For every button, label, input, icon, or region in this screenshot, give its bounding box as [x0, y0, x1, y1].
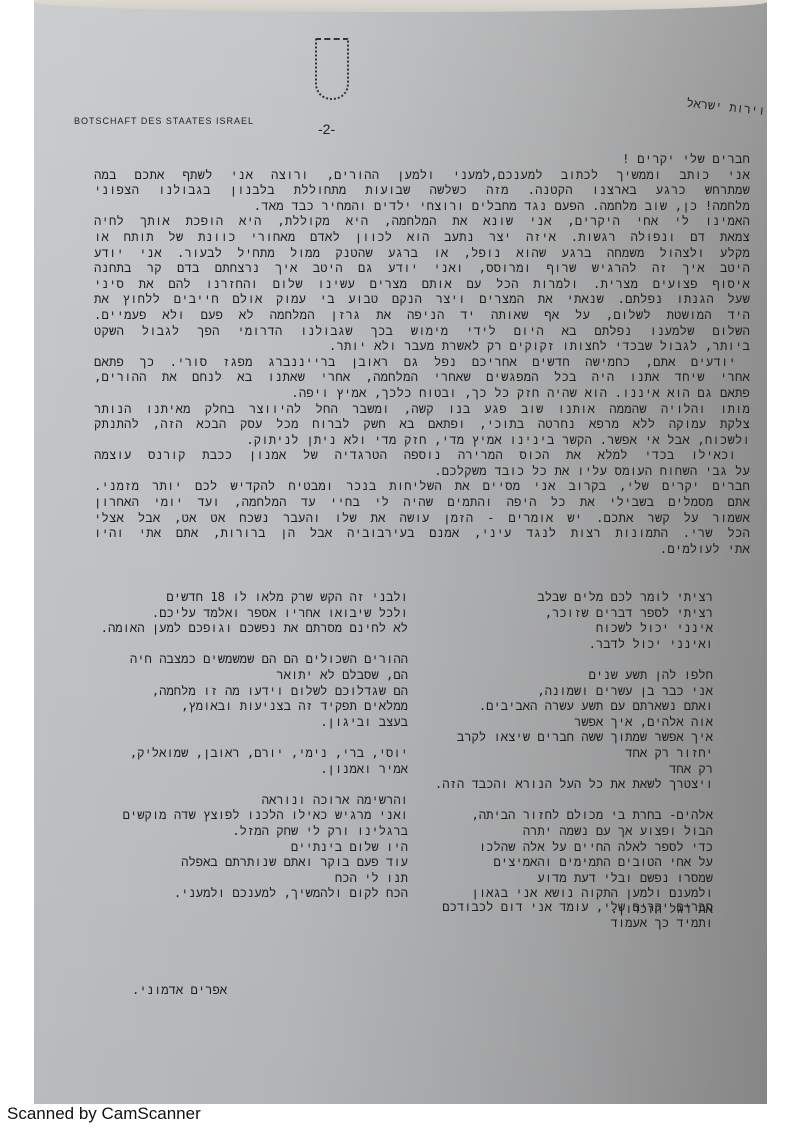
poem-line: לא לחינם מסרתם את נפשכם וגופכם למען האומ… — [90, 621, 408, 637]
poem-line: והרשימה ארוכה ונוראה — [90, 793, 408, 809]
body-paragraphs: אני כותב וממשיך לכתוב למענכם,למעני ולמען… — [94, 168, 750, 558]
letterhead-hebrew: וירות ישראל — [685, 96, 765, 119]
poem-line: ברגלינו ורק לי שחק המזל. — [90, 824, 408, 840]
poem-line: הבול ופצוע אך עם נשמה יתרה — [423, 824, 713, 840]
poem-line: ממלאים תפקיד זה בצניעות ובאומץ, — [90, 699, 408, 715]
poem-line: שמסרו נפשם ובלי דעת מדוע — [423, 871, 713, 887]
scanner-watermark: Scanned by CamScanner — [7, 1104, 201, 1124]
body-line: היד המושטת לשלום, על אף שאותה יד הניפה א… — [94, 308, 750, 324]
poem-line: חלפו להן תשע שנים — [423, 668, 713, 684]
closing-lines: חברים יקרים שלי, עומד אני דום לכבודכםותמ… — [442, 900, 713, 931]
poem-line: הם, שסבלם לא יתואר — [90, 668, 408, 684]
body-line: מקלע ולצהול משמחה ברגע שהוא נופל, או ברג… — [94, 246, 750, 262]
poem-line: אני כבר בן עשרים ושמונה, — [423, 684, 713, 700]
embassy-emblem-icon — [315, 38, 349, 100]
poem-line: ויצטרך לשאת את כל העל הנורא והכבד הזה. — [423, 777, 713, 793]
poem-line: היו שלום בינתיים — [90, 840, 408, 856]
poem-line: ואינני יכול לדבר. — [423, 637, 713, 653]
poem-line: אוה אלהים, איך אפשר — [423, 715, 713, 731]
body-line: יודעים אתם, כחמישה חדשים אחריכם נפל גם ר… — [94, 355, 750, 371]
body-line: צמאת דם ונפולה רגשות. איזה יצר נתעב הוא … — [94, 230, 750, 246]
poem-line: הם שגדלוכם לשלום וידעו מה זו מלחמה, — [90, 684, 408, 700]
poem-line: חברים יקרים שלי, עומד אני דום לכבודכם — [442, 900, 713, 916]
body-line: השלום שלמענו נפלתם בא היום לידי מימוש בכ… — [94, 324, 750, 340]
body-line: שמתרחש כרגע בארצנו הקטנה. מזה כשלשה שבוע… — [94, 183, 750, 199]
poem-line: עוד פעם בוקר ואתם שנותרתם באפלה — [90, 855, 408, 871]
poem-line: ותמיד כך אעמוד — [442, 916, 713, 932]
body-line: ולשכוח, אבל אי אפשר. הקשר בינינו אמיץ מד… — [94, 433, 750, 449]
stanza-gap — [90, 637, 408, 653]
poem-line: תנו לי הכח — [90, 871, 408, 887]
stanza-gap — [90, 730, 408, 746]
poem-line: הכח לקום ולהמשיך, למענכם ולמעני. — [90, 886, 408, 902]
body-line: מותו והלויה שהממה אותנו שוב פגע בנו קשה,… — [94, 402, 750, 418]
body-line: ביותר, לגבול שבכדי לחצותו זקוקים רק לאשר… — [94, 339, 750, 355]
body-line: על גבי השחוח העומס עליו את כל כובד משקלכ… — [94, 464, 750, 480]
body-line: אני כותב וממשיך לכתוב למענכם,למעני ולמען… — [94, 168, 750, 184]
poem-line: איך אפשר שמתוך ששה חברים שיצאו לקרב — [423, 730, 713, 746]
body-line: חברים יקרים שלי, בקרוב אני מסיים את השלי… — [94, 479, 750, 495]
poem-line: אלהים- בחרת בי מכולם לחזור הביתה, — [423, 808, 713, 824]
signature: אפרים אדמוני. — [132, 983, 227, 998]
body-line: האמינו לי אחי היקרים, אני שונא את המלחמה… — [94, 214, 750, 230]
poem-line: רציתי לספר דברים שזוכר, — [423, 606, 713, 622]
page-number: -2- — [318, 121, 335, 137]
poem-line: ולכל שיבואו אחריו אספר ואלמד עליכם. — [90, 606, 408, 622]
salutation: חברים שלי יקרים ! — [94, 152, 750, 168]
poem-line: ולבני זה הקש שרק מלאו לו 18 חדשים — [90, 590, 408, 606]
poem-line: ואני מרגיש כאילו הלכנו לפוצץ שדה מוקשים — [90, 808, 408, 824]
stanza-gap — [90, 777, 408, 793]
poem-line: יחזור רק אחד — [423, 746, 713, 762]
poem-right-column: רציתי לומר לכם מלים שבלברציתי לספר דברים… — [423, 590, 713, 917]
body-line: היטב איך זה להרגיש שרוף ומרוסס, ואני יוד… — [94, 261, 750, 277]
poem-line: אינני יכול לשכוח — [423, 621, 713, 637]
body-line: אתי לעולמים. — [94, 542, 750, 558]
scanned-page: BOTSCHAFT DES STAATES ISRAEL וירות ישראל… — [34, 0, 767, 1104]
poem-line: בעצב וביגון. — [90, 715, 408, 731]
poem-line: אמיר ואמנון. — [90, 762, 408, 778]
letter-body: חברים שלי יקרים ! אני כותב וממשיך לכתוב … — [94, 152, 750, 557]
letterhead-german: BOTSCHAFT DES STAATES ISRAEL — [74, 116, 254, 126]
body-line: הכל שרי. התמונות רצות לנגד עיני, אמנם בע… — [94, 526, 750, 542]
poem-left-column: ולבני זה הקש שרק מלאו לו 18 חדשיםולכל שי… — [90, 590, 408, 902]
body-line: וכאילו בכדי למלא את הכוס המרירה נוספה הט… — [94, 448, 750, 464]
body-line: פתאם גם הוא איננו. הוא שהיה חזק כל כך, ו… — [94, 386, 750, 402]
body-line: אחרי שיחד אתנו היה בכל המפגשים שאחרי המל… — [94, 370, 750, 386]
body-line: אתם מסמלים בשבילי את כל היפה והתמים שהיה… — [94, 495, 750, 511]
body-line: מלחמה! כן, שוב מלחמה. הפעם נגד מחבלים ור… — [94, 199, 750, 215]
body-line: אשמור על קשר אתכם. יש אומרים - הזמן עושה… — [94, 511, 750, 527]
stanza-gap — [423, 793, 713, 809]
body-line: איסוף פצועים מצרית. ולמרות הכל עם אותם מ… — [94, 277, 750, 293]
poem-line: ההורים השכולים הם הם שמשמשים כמצבה חיה — [90, 652, 408, 668]
body-line: שעל הגנתו נפלתם. שנאתי את המצרים ויצר הנ… — [94, 292, 750, 308]
stanza-gap — [423, 652, 713, 668]
poem-line: על אחי הטובים התמימים והאמיצים — [423, 855, 713, 871]
poem-line: יוסי, ברי, נימי, יורם, ראובן, שמואליק, — [90, 746, 408, 762]
body-line: צלקת עמוקה ללא מרפא נחרטה בתוכי, ופתאם ב… — [94, 417, 750, 433]
poem-line: רק אחד — [423, 762, 713, 778]
poem-line: רציתי לומר לכם מלים שבלב — [423, 590, 713, 606]
poem-line: כדי לספר לאלה החיים על אלה שהלכו — [423, 840, 713, 856]
poem-line: ואתם נשארתם עם תשע עשרה האביבים. — [423, 699, 713, 715]
